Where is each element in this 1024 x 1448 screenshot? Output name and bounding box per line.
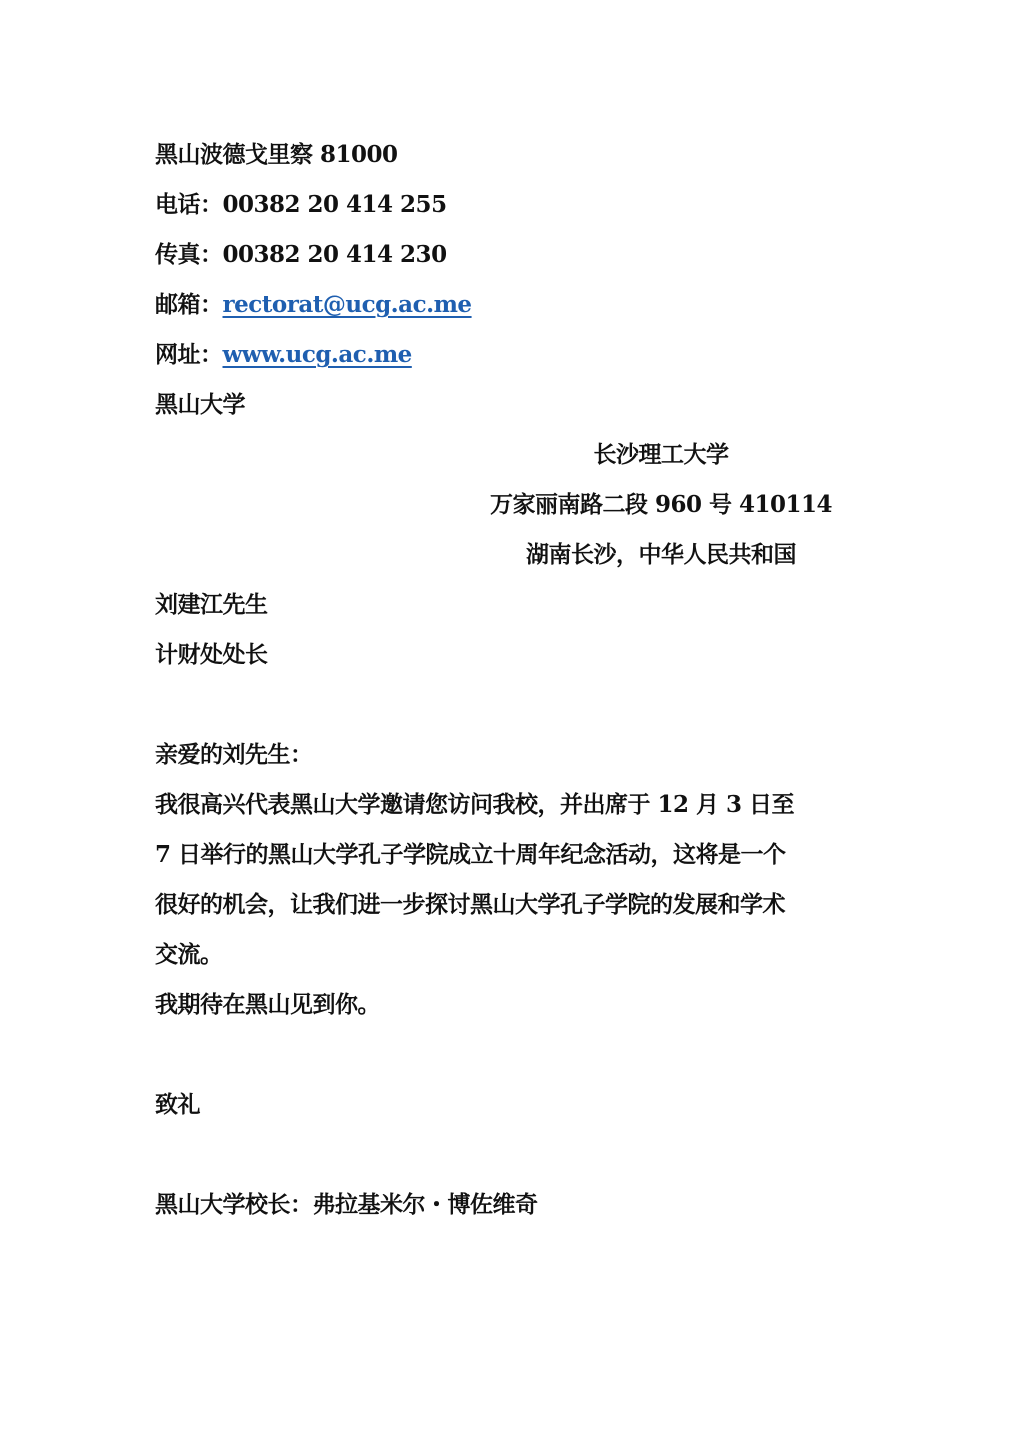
body-line: 很好的机会，让我们进一步探讨黑山大学孔子学院的发展和学术 <box>155 890 785 920</box>
sender-fax: 传真：00382 20 414 230 <box>155 240 447 270</box>
recipient-name: 刘建江先生 <box>155 590 268 620</box>
body-line: 7 日举行的黑山大学孔子学院成立十周年纪念活动，这将是一个 <box>155 840 786 870</box>
body-line: 交流。 <box>155 940 223 970</box>
sender-email: 邮箱：rectorat@ucg.ac.me <box>155 290 472 320</box>
salutation: 亲爱的刘先生： <box>155 740 313 770</box>
fax-number: 00382 20 414 230 <box>223 241 447 268</box>
closing-sentence: 我期待在黑山见到你。 <box>155 990 380 1020</box>
fax-label: 传真： <box>155 241 223 268</box>
sender-website: 网址：www.ucg.ac.me <box>155 340 412 370</box>
sender-name: 黑山大学 <box>155 390 245 420</box>
sender-phone: 电话：00382 20 414 255 <box>155 190 447 220</box>
recipient-institution-street: 万家丽南路二段 960 号 410114 <box>411 490 911 520</box>
closing: 致礼 <box>155 1090 200 1120</box>
sender-address: 黑山波德戈里察 81000 <box>155 140 398 170</box>
website-link[interactable]: www.ucg.ac.me <box>223 341 412 368</box>
phone-label: 电话： <box>155 191 223 218</box>
website-label: 网址： <box>155 341 223 368</box>
body-line: 我很高兴代表黑山大学邀请您访问我校，并出席于 12 月 3 日至 <box>155 790 794 820</box>
email-link[interactable]: rectorat@ucg.ac.me <box>223 291 472 318</box>
recipient-title: 计财处处长 <box>155 640 268 670</box>
email-label: 邮箱： <box>155 291 223 318</box>
signature: 黑山大学校长：弗拉基米尔・博佐维奇 <box>155 1190 538 1220</box>
phone-number: 00382 20 414 255 <box>223 191 447 218</box>
recipient-institution-city: 湖南长沙，中华人民共和国 <box>411 540 911 570</box>
letter-page: 黑山波德戈里察 81000 电话：00382 20 414 255 传真：003… <box>0 0 1024 1448</box>
recipient-institution-name: 长沙理工大学 <box>411 440 911 470</box>
